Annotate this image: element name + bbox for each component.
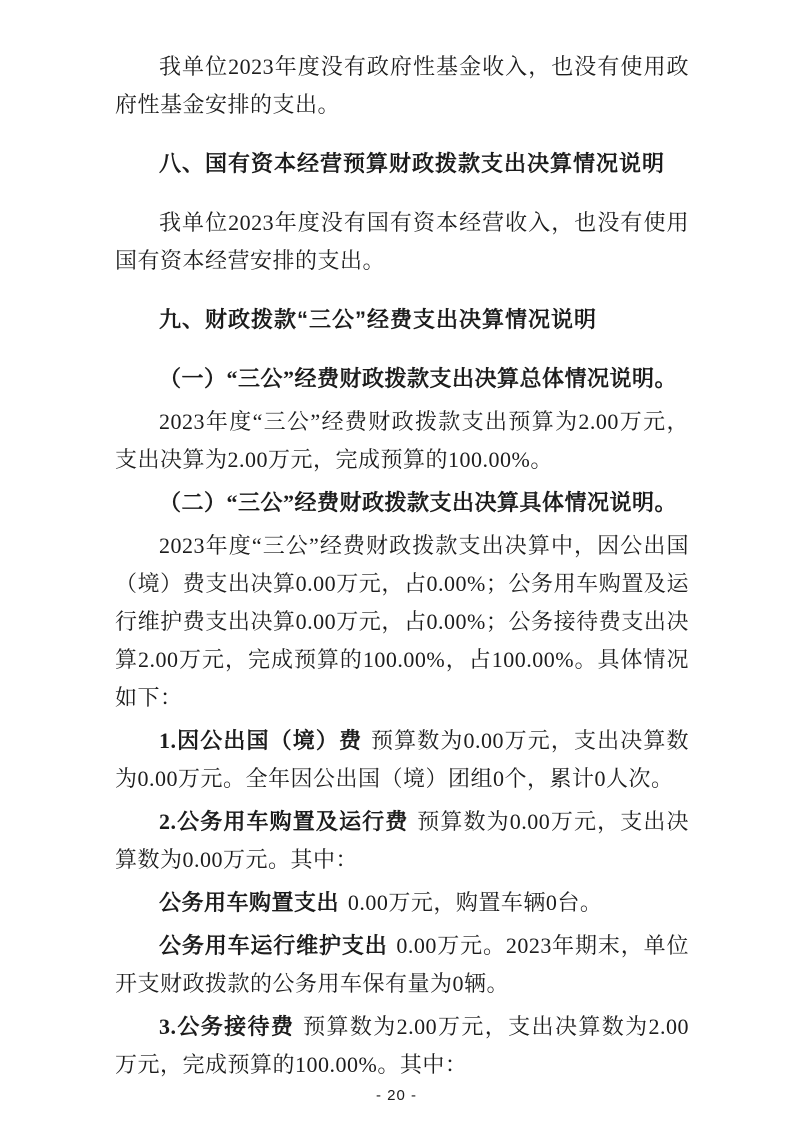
subsection-heading-2: （二）“三公”经费财政拨款支出决算具体情况说明。 <box>115 484 689 522</box>
subsection-heading-1: （一）“三公”经费财政拨款支出决算总体情况说明。 <box>115 360 689 398</box>
body-paragraph-detail: 2023年度“三公”经费财政拨款支出决算中，因公出国（境）费支出决算0.00万元… <box>115 527 689 717</box>
document-content: 我单位2023年度没有政府性基金收入，也没有使用政府性基金安排的支出。 八、国有… <box>115 48 689 1089</box>
body-paragraph-item-1: 1.因公出国（境）费预算数为0.00万元，支出决算数为0.00万元。全年因公出国… <box>115 722 689 798</box>
body-paragraph-item-2: 2.公务用车购置及运行费预算数为0.00万元，支出决算数为0.00万元。其中： <box>115 803 689 879</box>
paragraph-lead-vehicle-fee: 2.公务用车购置及运行费 <box>159 809 408 834</box>
body-paragraph-government-fund: 我单位2023年度没有政府性基金收入，也没有使用政府性基金安排的支出。 <box>115 48 689 124</box>
paragraph-lead-reception-fee: 3.公务接待费 <box>159 1014 294 1039</box>
body-paragraph-vehicle-purchase: 公务用车购置支出0.00万元，购置车辆0台。 <box>115 884 689 922</box>
paragraph-lead-abroad-fee: 1.因公出国（境）费 <box>159 728 362 753</box>
paragraph-text-vehicle-purchase: 0.00万元，购置车辆0台。 <box>348 890 603 915</box>
document-page: 我单位2023年度没有政府性基金收入，也没有使用政府性基金安排的支出。 八、国有… <box>0 0 793 1122</box>
body-paragraph-item-3: 3.公务接待费预算数为2.00万元，支出决算数为2.00万元，完成预算的100.… <box>115 1008 689 1084</box>
body-paragraph-vehicle-maintenance: 公务用车运行维护支出0.00万元。2023年期末，单位开支财政拨款的公务用车保有… <box>115 927 689 1003</box>
page-number: - 20 - <box>0 1087 793 1104</box>
paragraph-lead-vehicle-maintenance: 公务用车运行维护支出 <box>159 933 388 958</box>
body-paragraph-overall: 2023年度“三公”经费财政拨款支出预算为2.00万元，支出决算为2.00万元，… <box>115 403 689 479</box>
section-heading-viii: 八、国有资本经营预算财政拨款支出决算情况说明 <box>115 145 689 183</box>
paragraph-lead-vehicle-purchase: 公务用车购置支出 <box>159 890 339 915</box>
body-paragraph-state-capital: 我单位2023年度没有国有资本经营收入，也没有使用国有资本经营安排的支出。 <box>115 204 689 280</box>
section-heading-ix: 九、财政拨款“三公”经费支出决算情况说明 <box>115 301 689 339</box>
